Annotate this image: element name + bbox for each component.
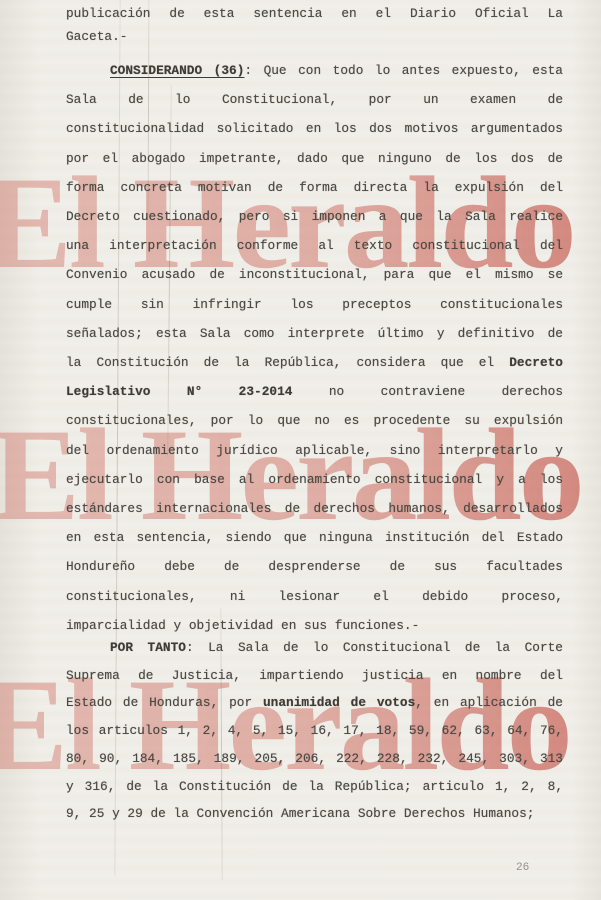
text-line: forma concreta motivan de forma directa …	[66, 173, 563, 202]
text-segment: 9, 25 y 29 de la Convención Americana So…	[66, 806, 534, 821]
text-line: Hondureño debe de desprenderse de sus fa…	[66, 552, 563, 581]
page-number: 26	[516, 862, 529, 874]
text-line: los articulos 1, 2, 4, 5, 15, 16, 17, 18…	[66, 717, 563, 745]
paragraph-considerando-36: CONSIDERANDO (36): Que con todo lo antes…	[66, 56, 563, 640]
text-segment: constitucionalidad solicitado en los dos…	[66, 121, 563, 136]
text-segment: POR TANTO	[110, 640, 186, 655]
text-segment: Decreto	[509, 355, 563, 370]
text-segment: unanimidad de votos	[263, 695, 415, 710]
text-line: Legislativo N° 23-2014 no contraviene de…	[66, 377, 563, 406]
text-line: una interpretación conforme al texto con…	[66, 231, 563, 260]
text-line: Decreto cuestionado, pero si imponen a q…	[66, 202, 563, 231]
text-segment: los articulos 1, 2, 4, 5, 15, 16, 17, 18…	[66, 723, 563, 738]
text-segment: del ordenamiento jurídico aplicable, sin…	[66, 443, 563, 458]
text-line: constitucionalidad solicitado en los dos…	[66, 114, 563, 143]
paragraph-gaceta: publicación de esta sentencia en el Diar…	[66, 2, 563, 48]
text-segment: : La Sala de lo Constitucional de la Cor…	[186, 640, 563, 655]
text-line: CONSIDERANDO (36): Que con todo lo antes…	[66, 56, 563, 85]
text-segment: la Constitución de la República, conside…	[66, 355, 509, 370]
text-segment: por el abogado impetrante, dado que ning…	[66, 151, 563, 166]
text-line: 9, 25 y 29 de la Convención Americana So…	[66, 800, 563, 828]
text-segment: y 316, de la Constitución de la Repúblic…	[66, 779, 563, 794]
text-segment: constitucionales, por lo que no es proce…	[66, 413, 563, 428]
text-line: por el abogado impetrante, dado que ning…	[66, 144, 563, 173]
text-segment: cumple sin infringir los preceptos const…	[66, 297, 563, 312]
text-segment: : Que con todo lo antes expuesto, esta	[244, 63, 563, 78]
text-line: Gaceta.-	[66, 25, 563, 48]
text-segment: ejecutarlo con base al ordenamiento cons…	[66, 472, 563, 487]
text-segment: Legislativo N° 23-2014	[66, 384, 292, 399]
text-line: del ordenamiento jurídico aplicable, sin…	[66, 436, 563, 465]
text-line: señalados; esta Sala como interprete últ…	[66, 319, 563, 348]
text-segment: , en aplicación de	[415, 695, 563, 710]
text-line: 80, 90, 184, 185, 189, 205, 206, 222, 22…	[66, 745, 563, 773]
text-segment: una interpretación conforme al texto con…	[66, 238, 563, 253]
text-segment: Sala de lo Constitucional, por un examen…	[66, 92, 563, 107]
text-segment: CONSIDERANDO (36)	[110, 63, 244, 78]
text-line: Sala de lo Constitucional, por un examen…	[66, 85, 563, 114]
text-line: cumple sin infringir los preceptos const…	[66, 290, 563, 319]
text-line: POR TANTO: La Sala de lo Constitucional …	[66, 634, 563, 662]
text-segment: Convenio acusado de inconstitucional, pa…	[66, 267, 563, 282]
text-segment: imparcialidad y objetividad en sus funci…	[66, 618, 419, 633]
text-segment: en esta sentencia, siendo que ninguna in…	[66, 530, 563, 545]
scanned-document-page: El Heraldo El Heraldo El Heraldo publica…	[0, 0, 601, 900]
text-segment: forma concreta motivan de forma directa …	[66, 180, 563, 195]
text-line: la Constitución de la República, conside…	[66, 348, 563, 377]
text-segment: Hondureño debe de desprenderse de sus fa…	[66, 559, 563, 574]
paragraph-por-tanto: POR TANTO: La Sala de lo Constitucional …	[66, 634, 563, 828]
text-segment: 80, 90, 184, 185, 189, 205, 206, 222, 22…	[66, 751, 563, 766]
text-segment: señalados; esta Sala como interprete últ…	[66, 326, 563, 341]
text-line: constitucionales, por lo que no es proce…	[66, 406, 563, 435]
text-line: constitucionales, ni lesionar el debido …	[66, 582, 563, 611]
text-line: y 316, de la Constitución de la Repúblic…	[66, 773, 563, 801]
text-segment: constitucionales, ni lesionar el debido …	[66, 589, 563, 604]
text-segment: Gaceta.-	[66, 29, 127, 44]
text-line: en esta sentencia, siendo que ninguna in…	[66, 523, 563, 552]
text-segment: estándares internacionales de derechos h…	[66, 501, 563, 516]
text-segment: publicación de esta sentencia en el Diar…	[66, 6, 563, 21]
text-line: estándares internacionales de derechos h…	[66, 494, 563, 523]
text-segment: Decreto cuestionado, pero si imponen a q…	[66, 209, 563, 224]
text-line: publicación de esta sentencia en el Diar…	[66, 2, 563, 25]
text-line: Convenio acusado de inconstitucional, pa…	[66, 260, 563, 289]
text-line: Estado de Honduras, por unanimidad de vo…	[66, 689, 563, 717]
text-line: ejecutarlo con base al ordenamiento cons…	[66, 465, 563, 494]
text-line: Suprema de Justicia, impartiendo justici…	[66, 662, 563, 690]
text-segment: Suprema de Justicia, impartiendo justici…	[66, 668, 563, 683]
text-segment: no contraviene derechos	[292, 384, 563, 399]
text-segment: Estado de Honduras, por	[66, 695, 263, 710]
